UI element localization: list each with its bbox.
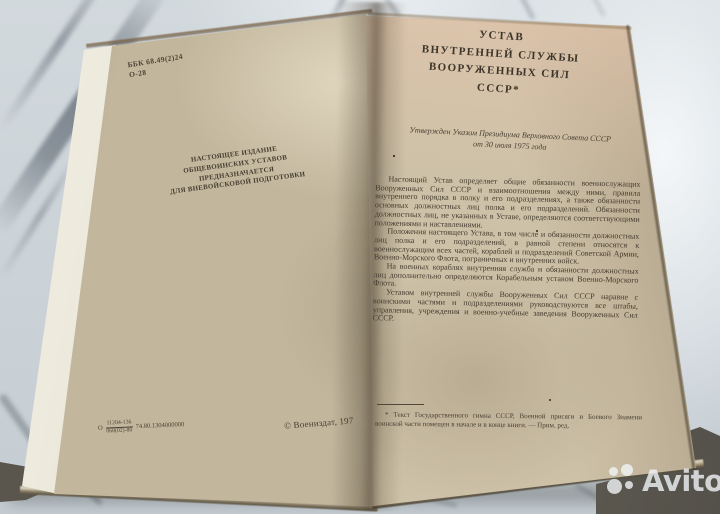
marble-vein (499, 0, 535, 20)
body-paragraph: Настоящий Устав определяет общие обязанн… (374, 175, 640, 233)
marble-vein (575, 0, 606, 17)
footnote-rule (377, 404, 424, 405)
book-listing-photo: ББК 68.49(2)24 О-28 НАСТОЯЩЕЕ ИЗДАНИЕ ОБ… (0, 0, 720, 514)
print-code-fraction: 11204-136 068(02)-80 (105, 419, 132, 434)
book-title: УСТАВ ВНУТРЕННЕЙ СЛУЖБЫ ВООРУЖЕННЫХ СИЛ … (393, 22, 607, 105)
print-code-prefix: О (98, 424, 103, 431)
avito-watermark: Avito (606, 464, 720, 498)
body-paragraph: Уставом внутренней службы Вооруженных Си… (372, 288, 638, 328)
body-text: Настоящий Устав определяет общие обязанн… (372, 175, 640, 328)
dust-speck (549, 399, 551, 401)
avito-watermark-text: Avito (642, 464, 720, 498)
print-code-suffix: 74.80.1304000000 (135, 421, 184, 430)
dust-speck (393, 155, 395, 157)
print-code-denominator: 068(02)-80 (106, 427, 133, 435)
avito-logo-icon (606, 464, 639, 498)
dust-speck (536, 230, 538, 232)
footnote-block: * Текст Государственного гимна СССР, Вое… (375, 411, 642, 432)
footnote-text: * Текст Государственного гимна СССР, Вое… (375, 411, 642, 432)
